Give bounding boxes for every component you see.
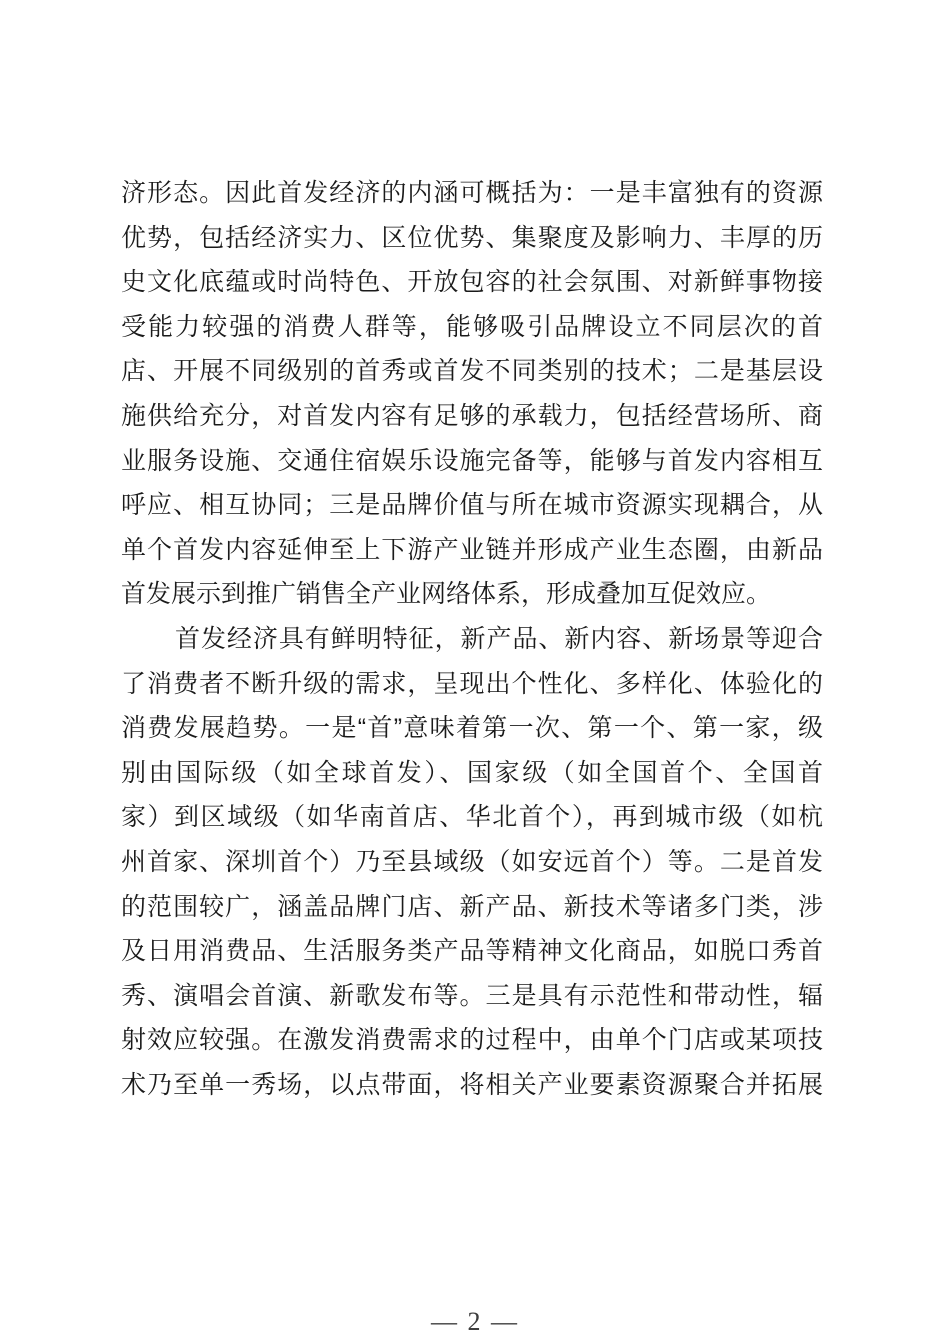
page-number: — 2 —: [0, 1305, 950, 1339]
text-line: 史文化底蕴或时尚特色、开放包容的社会氛围、对新鲜事物接: [121, 260, 823, 305]
text-line: 的范围较广，涵盖品牌门店、新产品、新技术等诸多门类，涉: [121, 885, 823, 930]
document-page: 济形态。因此首发经济的内涵可概括为：一是丰富独有的资源 优势，包括经济实力、区位…: [0, 0, 950, 1344]
text-line: 业服务设施、交通住宿娱乐设施完备等，能够与首发内容相互: [121, 439, 823, 484]
text-line: 受能力较强的消费人群等，能够吸引品牌设立不同层次的首: [121, 305, 823, 350]
text-line: 首发经济具有鲜明特征，新产品、新内容、新场景等迎合: [121, 617, 823, 662]
text-line: 术乃至单一秀场，以点带面，将相关产业要素资源聚合并拓展: [121, 1063, 823, 1108]
text-line: 消费发展趋势。一是“首”意味着第一次、第一个、第一家，级: [121, 706, 823, 751]
document-body: 济形态。因此首发经济的内涵可概括为：一是丰富独有的资源 优势，包括经济实力、区位…: [121, 171, 823, 1107]
text-line: 首发展示到推广销售全产业网络体系，形成叠加互促效应。: [121, 572, 823, 617]
text-line: 及日用消费品、生活服务类产品等精神文化商品，如脱口秀首: [121, 929, 823, 974]
text-line: 家）到区域级（如华南首店、华北首个），再到城市级（如杭: [121, 795, 823, 840]
text-line: 施供给充分，对首发内容有足够的承载力，包括经营场所、商: [121, 394, 823, 439]
text-line: 秀、演唱会首演、新歌发布等。三是具有示范性和带动性，辐: [121, 974, 823, 1019]
text-line: 州首家、深圳首个）乃至县域级（如安远首个）等。二是首发: [121, 840, 823, 885]
text-line: 济形态。因此首发经济的内涵可概括为：一是丰富独有的资源: [121, 171, 823, 216]
text-line: 店、开展不同级别的首秀或首发不同类别的技术；二是基层设: [121, 349, 823, 394]
text-line: 射效应较强。在激发消费需求的过程中，由单个门店或某项技: [121, 1018, 823, 1063]
text-line: 了消费者不断升级的需求，呈现出个性化、多样化、体验化的: [121, 662, 823, 707]
text-line: 呼应、相互协同；三是品牌价值与所在城市资源实现耦合，从: [121, 483, 823, 528]
text-line: 优势，包括经济实力、区位优势、集聚度及影响力、丰厚的历: [121, 216, 823, 261]
text-line: 单个首发内容延伸至上下游产业链并形成产业生态圈，由新品: [121, 528, 823, 573]
text-line: 别由国际级（如全球首发）、国家级（如全国首个、全国首: [121, 751, 823, 796]
